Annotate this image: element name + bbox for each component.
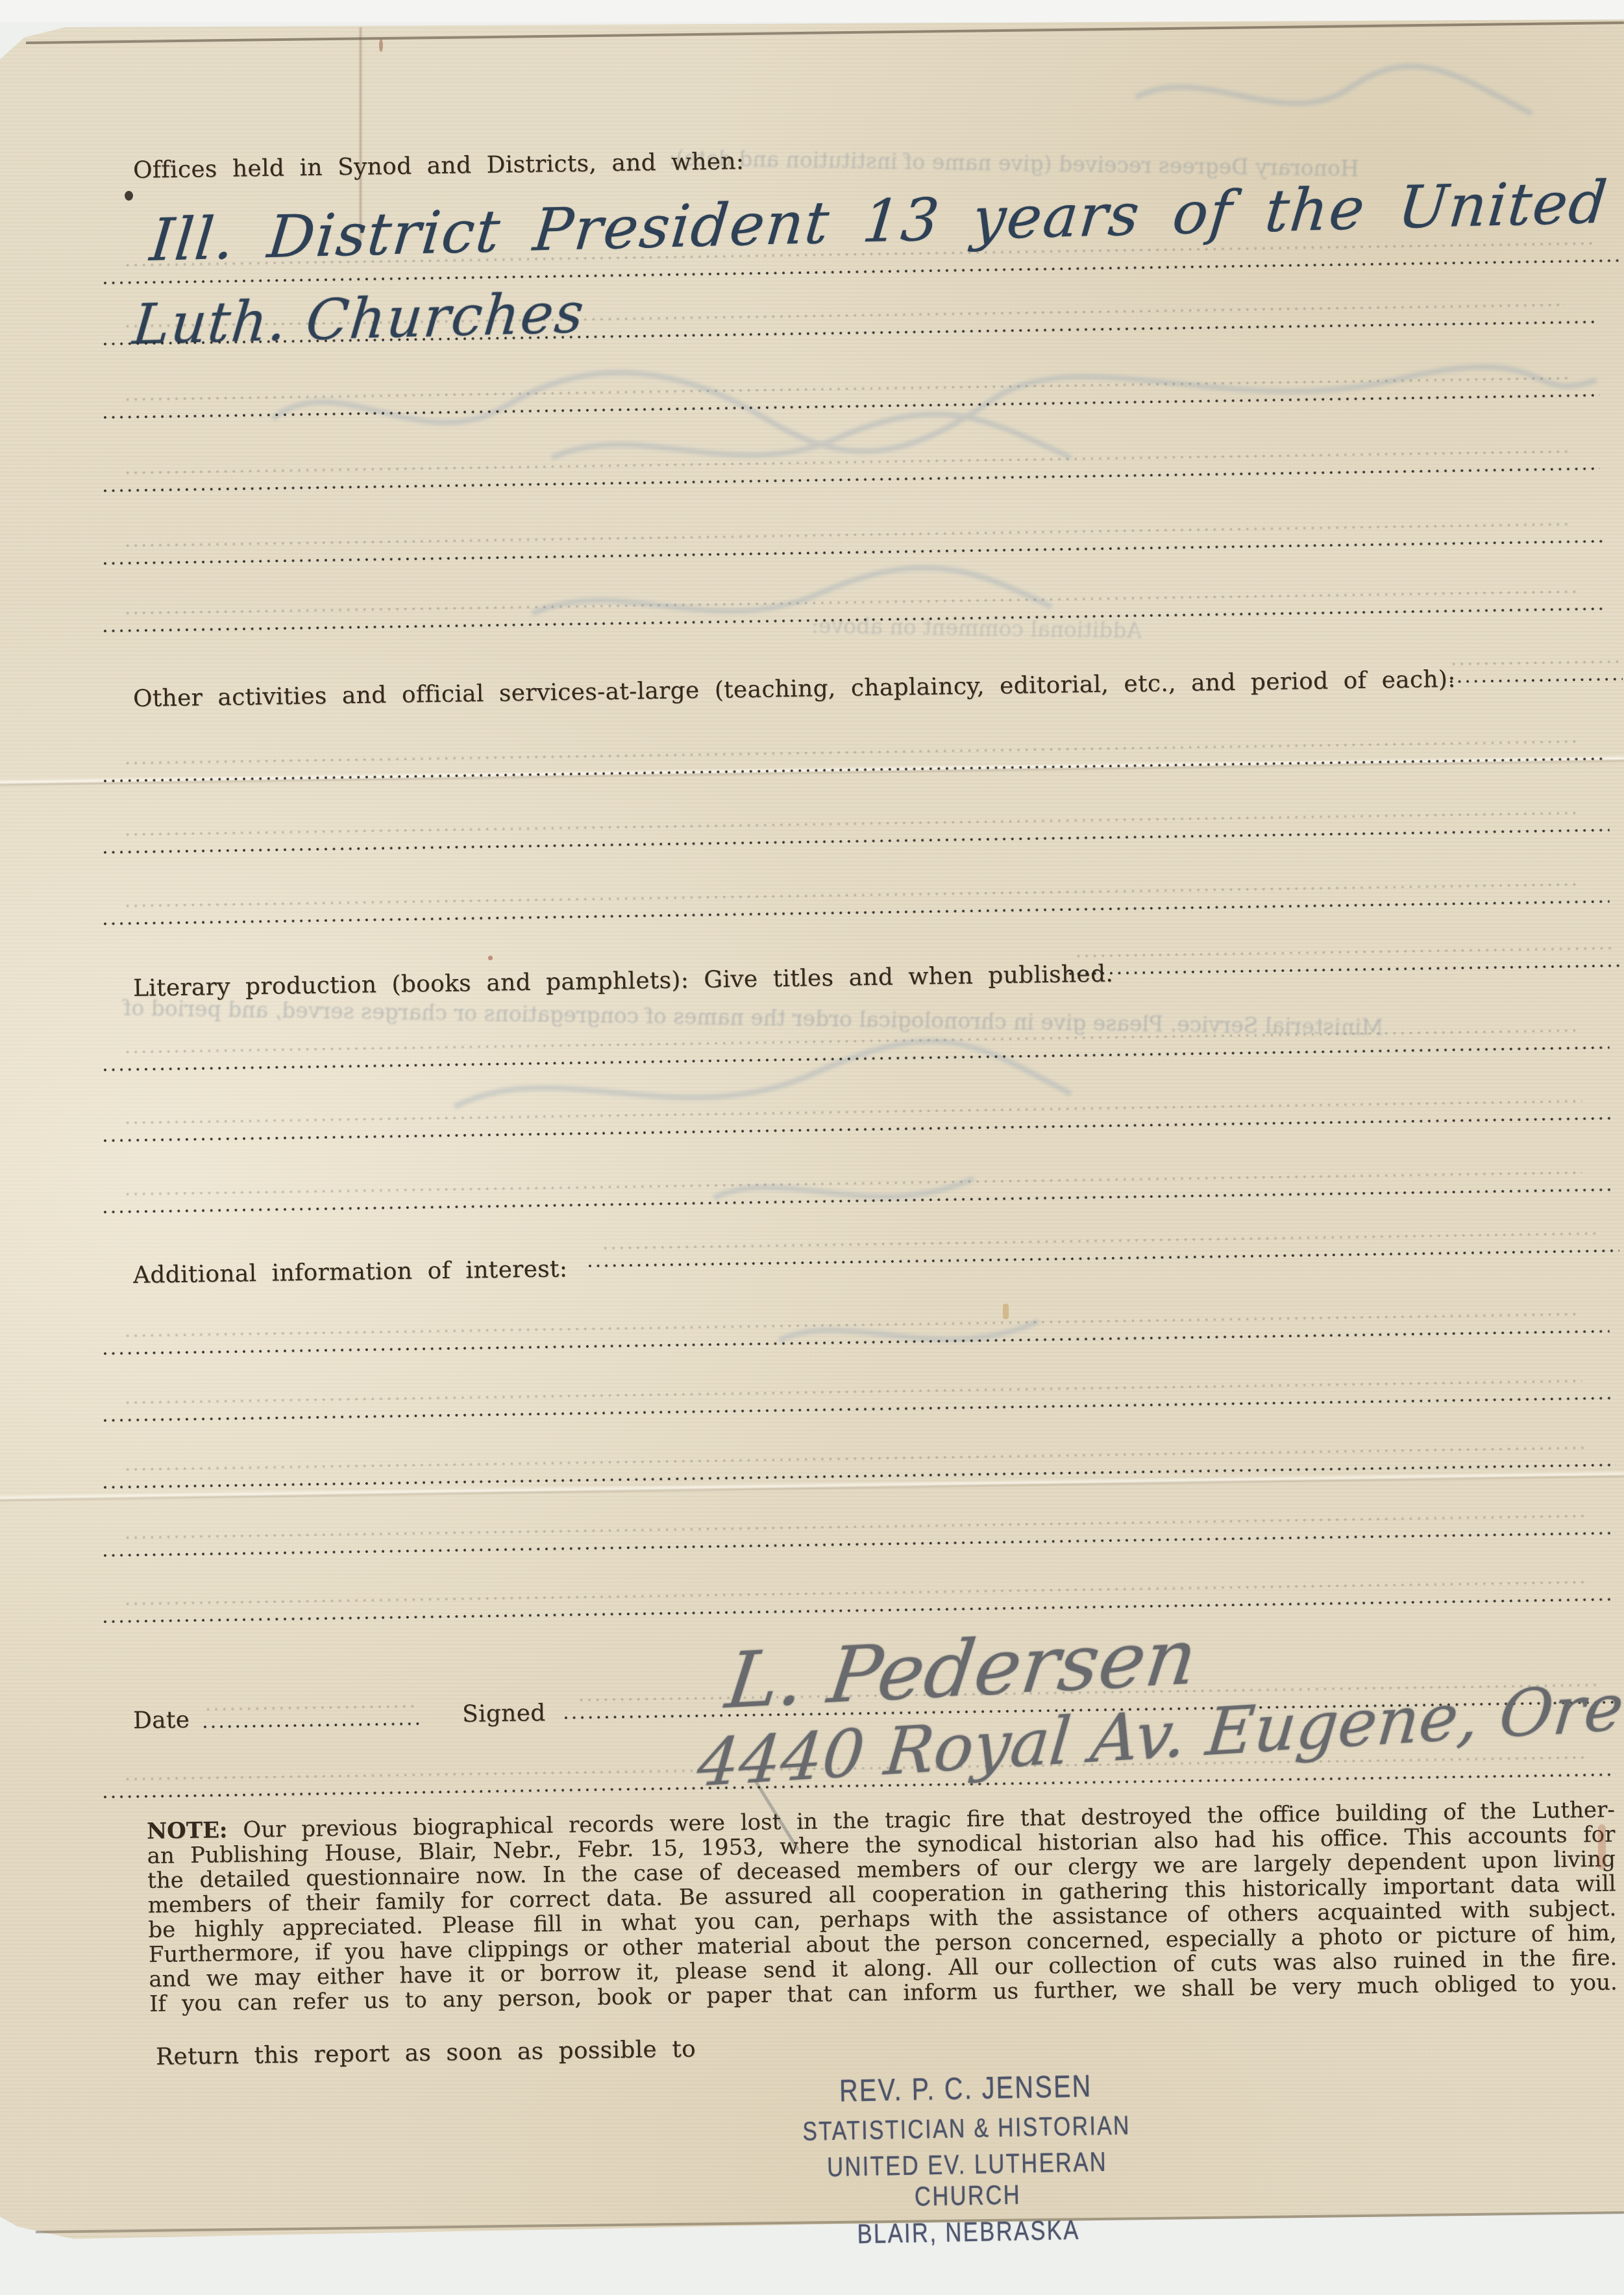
note-prefix: NOTE: (147, 1817, 228, 1844)
paper-stain (1598, 1824, 1606, 1870)
scanned-document-sheet: Honorary Degrees received (give name of … (0, 0, 1624, 2295)
paper-stain (1003, 1304, 1009, 1319)
note-paragraph: NOTE: Our previous biographical records … (147, 1797, 1618, 2016)
ink-speck (125, 191, 133, 201)
stamp-church-line: UNITED EV. LUTHERAN CHURCH (781, 2145, 1155, 2214)
date-label: Date (133, 1707, 190, 1734)
stamp-title-line: STATISTICIAN & HISTORIAN (780, 2110, 1153, 2148)
stamp-name-line: REV. P. C. JENSEN (779, 2068, 1152, 2111)
address-stamp: REV. P. C. JENSEN STATISTICIAN & HISTORI… (779, 2068, 1155, 2252)
signed-label: Signed (462, 1700, 546, 1728)
paper-stain (488, 956, 493, 960)
paper-stain (379, 39, 383, 52)
